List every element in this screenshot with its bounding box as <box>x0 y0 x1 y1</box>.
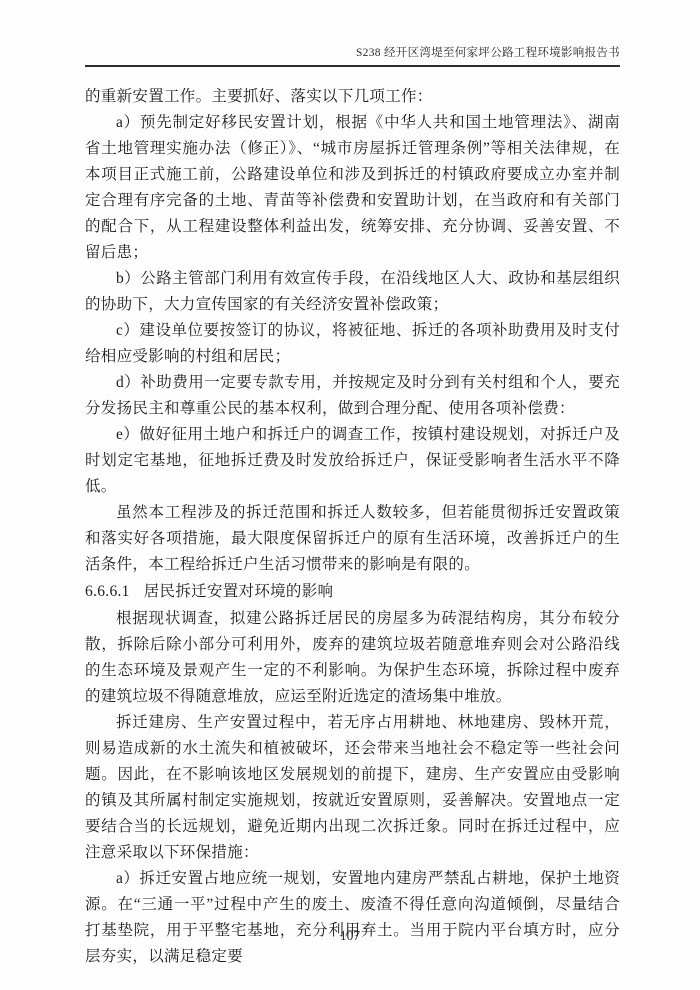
page-footer: 107 <box>0 928 700 944</box>
section-heading: 6.6.6.1居民拆迁安置对环境的影响 <box>85 579 620 605</box>
document-body: 的重新安置工作。主要抓好、落实以下几项工作： a）预先制定好移民安置计划，根据《… <box>85 84 620 970</box>
page-header: S238 经开区湾堤至何家坪公路工程环境影响报告书 <box>85 44 620 67</box>
paragraph: a）预先制定好移民安置计划，根据《中华人共和国土地管理法》、湖南省土地管理实施办… <box>85 110 620 266</box>
report-title: S238 经开区湾堤至何家坪公路工程环境影响报告书 <box>356 47 620 59</box>
paragraph: 虽然本工程涉及的拆迁范围和拆迁人数较多，但若能贯彻拆迁安置政策和落实好各项措施，… <box>85 500 620 578</box>
paragraph: c）建设单位要按签订的协议，将被征地、拆迁的各项补助费用及时支付给相应受影响的村… <box>85 318 620 370</box>
paragraph: e）做好征用土地户和拆迁户的调查工作，按镇村建设规划，对拆迁户及时划定宅基地，征… <box>85 422 620 500</box>
paragraph: b）公路主管部门利用有效宣传手段，在沿线地区人大、政协和基层组织的协助下，大力宣… <box>85 266 620 318</box>
section-number: 6.6.6.1 <box>85 583 130 600</box>
page-number: 107 <box>340 928 360 943</box>
paragraph: d）补助费用一定要专款专用，并按规定及时分到有关村组和个人，要充分发扬民主和尊重… <box>85 370 620 422</box>
paragraph: 根据现状调查，拟建公路拆迁居民的房屋多为砖混结构房，其分布较分散，拆除后除小部分… <box>85 606 620 710</box>
document-page: S238 经开区湾堤至何家坪公路工程环境影响报告书 的重新安置工作。主要抓好、落… <box>0 0 700 990</box>
paragraph: 拆迁建房、生产安置过程中，若无序占用耕地、林地建房、毁林开荒，则易造成新的水土流… <box>85 710 620 866</box>
paragraph: 的重新安置工作。主要抓好、落实以下几项工作： <box>85 84 620 110</box>
paragraph: a）拆迁安置占地应统一规划，安置地内建房严禁乱占耕地，保护土地资源。在“三通一平… <box>85 866 620 970</box>
section-title: 居民拆迁安置对环境的影响 <box>144 583 334 600</box>
